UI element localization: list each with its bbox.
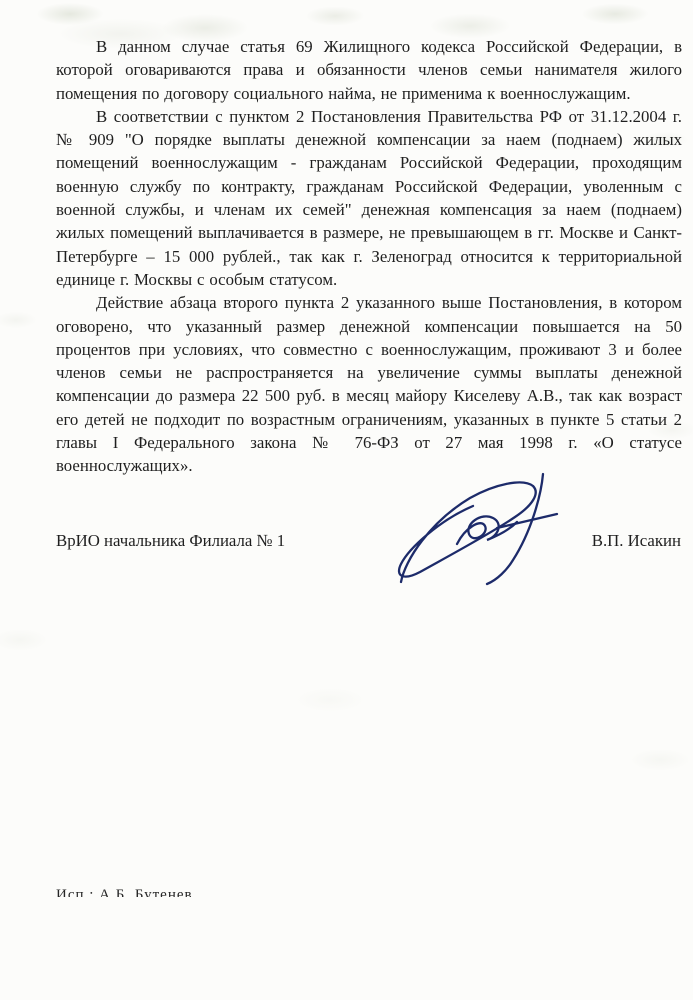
- letter-body: В данном случае статья 69 Жилищного коде…: [56, 35, 682, 478]
- paragraph-compensation-increase: Действие абзаца второго пункта 2 указанн…: [56, 291, 682, 477]
- paragraph-decree-909: В соответствии с пунктом 2 Постановления…: [56, 105, 682, 291]
- executor-text: Исп.: А.Б. Бутенев: [56, 888, 193, 897]
- executor-line-clipped: Исп.: А.Б. Бутенев: [56, 888, 193, 897]
- signer-position: ВрИО начальника Филиала № 1: [56, 531, 285, 551]
- signer-name: В.П. Исакин: [592, 531, 681, 551]
- signature-block: ВрИО начальника Филиала № 1 В.П. Исакин: [56, 531, 681, 551]
- paragraph-housing-code: В данном случае статья 69 Жилищного коде…: [56, 35, 682, 105]
